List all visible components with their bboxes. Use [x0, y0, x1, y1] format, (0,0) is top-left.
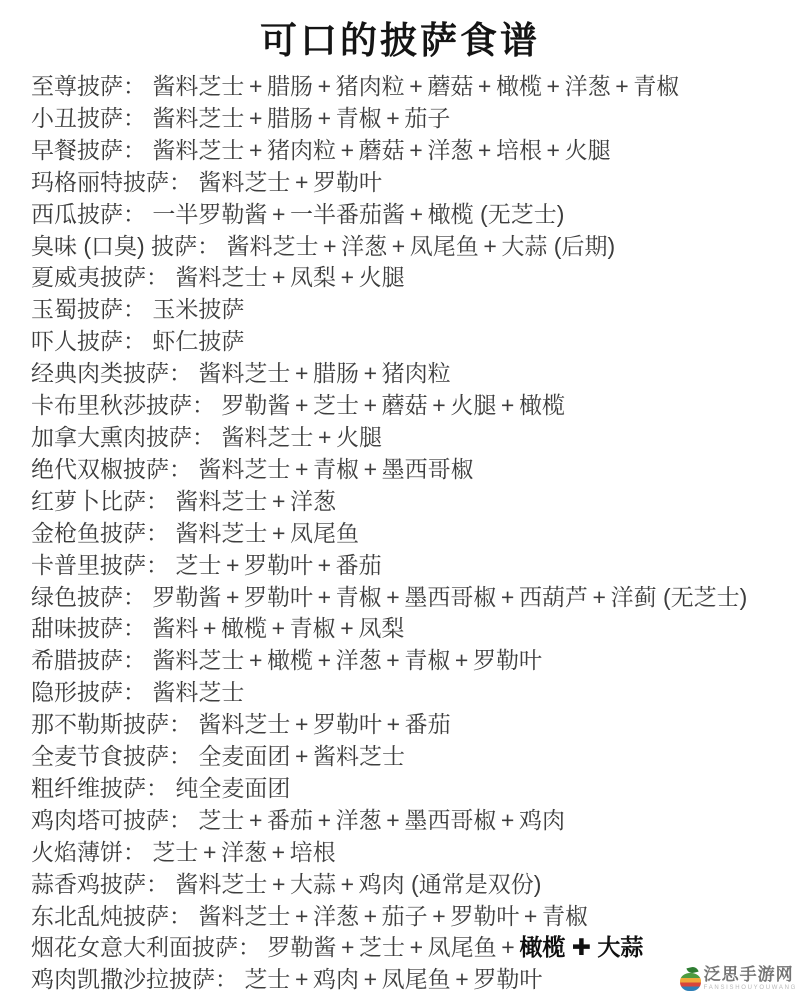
recipe-row: 蒜香鸡披萨： 酱料芝士 + 大蒜 + 鸡肉 (通常是双份): [31, 869, 786, 901]
recipe-colon: ：: [146, 552, 175, 578]
logo-stripes-icon: [680, 973, 701, 991]
recipe-ingredients: 一半罗勒酱 + 一半番茄酱 + 橄榄 (无芝士): [152, 201, 564, 227]
recipe-colon: ：: [169, 711, 198, 737]
recipe-name: 鸡肉塔可披萨: [31, 807, 169, 833]
recipe-name: 希腊披萨: [31, 647, 123, 673]
recipe-colon: ：: [123, 201, 152, 227]
recipe-name: 加拿大熏肉披萨: [31, 424, 192, 450]
recipe-name: 隐形披萨: [31, 679, 123, 705]
recipe-name: 卡普里披萨: [31, 552, 146, 578]
watermark-text-column: 泛思手游网 FANSISHOUYOUWANG: [704, 966, 797, 991]
recipe-ingredients: 酱料芝士 + 罗勒叶 + 番茄: [198, 711, 450, 737]
recipe-colon: ：: [192, 424, 221, 450]
recipe-colon: ：: [123, 137, 152, 163]
recipe-ingredients: 酱料芝士 + 凤尾鱼: [175, 520, 359, 546]
recipe-name: 至尊披萨: [31, 73, 123, 99]
recipe-row: 烟花女意大利面披萨： 罗勒酱 + 芝士 + 凤尾鱼 + 橄榄 ✚ 大蒜: [31, 932, 786, 964]
recipe-row: 甜味披萨： 酱料 + 橄榄 + 青椒 + 凤梨: [31, 613, 786, 645]
recipe-ingredients: 酱料芝士 + 猪肉粒 + 蘑菇 + 洋葱 + 培根 + 火腿: [152, 137, 610, 163]
fansi-apple-logo-icon: [680, 967, 701, 991]
recipe-ingredients: 酱料芝士 + 罗勒叶: [198, 169, 382, 195]
recipe-name: 玛格丽特披萨: [31, 169, 169, 195]
recipe-ingredients: 酱料芝士 + 腊肠 + 猪肉粒 + 蘑菇 + 橄榄 + 洋葱 + 青椒: [152, 73, 679, 99]
recipe-colon: ：: [123, 839, 152, 865]
recipe-row: 吓人披萨： 虾仁披萨: [31, 326, 786, 358]
recipe-row: 夏威夷披萨： 酱料芝士 + 凤梨 + 火腿: [31, 262, 786, 294]
recipe-name: 鸡肉凯撒沙拉披萨: [31, 966, 215, 992]
recipe-ingredients: 罗勒酱 + 芝士 + 凤尾鱼 +: [267, 934, 519, 960]
recipe-row: 加拿大熏肉披萨： 酱料芝士 + 火腿: [31, 422, 786, 454]
recipe-name: 绿色披萨: [31, 584, 123, 610]
recipe-name: 经典肉类披萨: [31, 360, 169, 386]
recipe-row: 绝代双椒披萨： 酱料芝士 + 青椒 + 墨西哥椒: [31, 454, 786, 486]
recipe-name: 臭味 (口臭) 披萨: [31, 233, 197, 259]
recipe-ingredients: 酱料 + 橄榄 + 青椒 + 凤梨: [152, 615, 404, 641]
watermark-site-name: 泛思手游网: [704, 966, 797, 983]
watermark-caption: FANSISHOUYOUWANG: [704, 985, 797, 991]
recipe-ingredients: 罗勒酱 + 罗勒叶 + 青椒 + 墨西哥椒 + 西葫芦 + 洋蓟 (无芝士): [152, 584, 747, 610]
recipe-list: 至尊披萨： 酱料芝士 + 腊肠 + 猪肉粒 + 蘑菇 + 橄榄 + 洋葱 + 青…: [0, 64, 800, 993]
recipe-ingredients: 酱料芝士 + 洋葱 + 茄子 + 罗勒叶 + 青椒: [198, 903, 588, 929]
recipe-ingredients: 酱料芝士 + 腊肠 + 青椒 + 茄子: [152, 105, 450, 131]
page-title: 可口的披萨食谱: [0, 0, 800, 64]
recipe-name: 甜味披萨: [31, 615, 123, 641]
recipe-colon: ：: [146, 775, 175, 801]
watermark: 泛思手游网 FANSISHOUYOUWANG: [680, 966, 797, 991]
recipe-colon: ：: [146, 488, 175, 514]
recipe-row: 金枪鱼披萨： 酱料芝士 + 凤尾鱼: [31, 518, 786, 550]
recipe-row: 鸡肉凯撒沙拉披萨： 芝士 + 鸡肉 + 凤尾鱼 + 罗勒叶: [31, 964, 786, 993]
page-root: 可口的披萨食谱 至尊披萨： 酱料芝士 + 腊肠 + 猪肉粒 + 蘑菇 + 橄榄 …: [0, 0, 800, 993]
recipe-row: 红萝卜比萨： 酱料芝士 + 洋葱: [31, 486, 786, 518]
recipe-ingredients-bold: 橄榄 ✚ 大蒜: [519, 934, 643, 960]
recipe-name: 卡布里秋莎披萨: [31, 392, 192, 418]
recipe-row: 玉蜀披萨： 玉米披萨: [31, 294, 786, 326]
recipe-row: 臭味 (口臭) 披萨： 酱料芝士 + 洋葱 + 凤尾鱼 + 大蒜 (后期): [31, 231, 786, 263]
recipe-colon: ：: [169, 743, 198, 769]
recipe-colon: ：: [169, 456, 198, 482]
recipe-row: 小丑披萨： 酱料芝士 + 腊肠 + 青椒 + 茄子: [31, 103, 786, 135]
recipe-name: 吓人披萨: [31, 328, 123, 354]
recipe-name: 绝代双椒披萨: [31, 456, 169, 482]
recipe-ingredients: 酱料芝士 + 橄榄 + 洋葱 + 青椒 + 罗勒叶: [152, 647, 542, 673]
recipe-ingredients: 酱料芝士 + 洋葱 + 凤尾鱼 + 大蒜 (后期): [227, 233, 616, 259]
recipe-colon: ：: [123, 105, 152, 131]
recipe-row: 火焰薄饼： 芝士 + 洋葱 + 培根: [31, 837, 786, 869]
recipe-colon: ：: [146, 520, 175, 546]
recipe-name: 东北乱炖披萨: [31, 903, 169, 929]
recipe-row: 玛格丽特披萨： 酱料芝士 + 罗勒叶: [31, 167, 786, 199]
recipe-colon: ：: [197, 233, 226, 259]
recipe-row: 绿色披萨： 罗勒酱 + 罗勒叶 + 青椒 + 墨西哥椒 + 西葫芦 + 洋蓟 (…: [31, 582, 786, 614]
recipe-name: 夏威夷披萨: [31, 264, 146, 290]
recipe-ingredients: 酱料芝士 + 青椒 + 墨西哥椒: [198, 456, 473, 482]
recipe-colon: ：: [238, 934, 267, 960]
recipe-name: 粗纤维披萨: [31, 775, 146, 801]
recipe-name: 小丑披萨: [31, 105, 123, 131]
recipe-colon: ：: [169, 169, 198, 195]
recipe-colon: ：: [215, 966, 244, 992]
recipe-row: 至尊披萨： 酱料芝士 + 腊肠 + 猪肉粒 + 蘑菇 + 橄榄 + 洋葱 + 青…: [31, 71, 786, 103]
recipe-name: 早餐披萨: [31, 137, 123, 163]
recipe-colon: ：: [123, 296, 152, 322]
recipe-name: 烟花女意大利面披萨: [31, 934, 238, 960]
recipe-name: 玉蜀披萨: [31, 296, 123, 322]
recipe-ingredients: 芝士 + 洋葱 + 培根: [152, 839, 335, 865]
recipe-name: 火焰薄饼: [31, 839, 123, 865]
recipe-name: 西瓜披萨: [31, 201, 123, 227]
recipe-row: 东北乱炖披萨： 酱料芝士 + 洋葱 + 茄子 + 罗勒叶 + 青椒: [31, 901, 786, 933]
recipe-name: 蒜香鸡披萨: [31, 871, 146, 897]
recipe-name: 全麦节食披萨: [31, 743, 169, 769]
recipe-ingredients: 芝士 + 鸡肉 + 凤尾鱼 + 罗勒叶: [244, 966, 542, 992]
recipe-colon: ：: [169, 807, 198, 833]
recipe-ingredients: 芝士 + 罗勒叶 + 番茄: [175, 552, 381, 578]
recipe-colon: ：: [169, 903, 198, 929]
recipe-colon: ：: [123, 647, 152, 673]
recipe-row: 希腊披萨： 酱料芝士 + 橄榄 + 洋葱 + 青椒 + 罗勒叶: [31, 645, 786, 677]
recipe-ingredients: 酱料芝士 + 凤梨 + 火腿: [175, 264, 404, 290]
recipe-ingredients: 玉米披萨: [152, 296, 244, 322]
recipe-colon: ：: [169, 360, 198, 386]
recipe-row: 西瓜披萨： 一半罗勒酱 + 一半番茄酱 + 橄榄 (无芝士): [31, 199, 786, 231]
recipe-colon: ：: [123, 328, 152, 354]
recipe-ingredients: 酱料芝士 + 火腿: [221, 424, 382, 450]
recipe-ingredients: 酱料芝士 + 洋葱: [175, 488, 336, 514]
recipe-ingredients: 芝士 + 番茄 + 洋葱 + 墨西哥椒 + 鸡肉: [198, 807, 565, 833]
recipe-colon: ：: [123, 679, 152, 705]
recipe-row: 粗纤维披萨： 纯全麦面团: [31, 773, 786, 805]
recipe-colon: ：: [146, 264, 175, 290]
recipe-ingredients: 酱料芝士 + 腊肠 + 猪肉粒: [198, 360, 450, 386]
recipe-row: 隐形披萨： 酱料芝士: [31, 677, 786, 709]
recipe-ingredients: 全麦面团 + 酱料芝士: [198, 743, 405, 769]
recipe-name: 那不勒斯披萨: [31, 711, 169, 737]
recipe-name: 红萝卜比萨: [31, 488, 146, 514]
recipe-colon: ：: [123, 73, 152, 99]
recipe-ingredients: 纯全麦面团: [175, 775, 290, 801]
recipe-row: 经典肉类披萨： 酱料芝士 + 腊肠 + 猪肉粒: [31, 358, 786, 390]
recipe-ingredients: 虾仁披萨: [152, 328, 244, 354]
recipe-ingredients: 酱料芝士 + 大蒜 + 鸡肉 (通常是双份): [175, 871, 541, 897]
recipe-name: 金枪鱼披萨: [31, 520, 146, 546]
recipe-row: 鸡肉塔可披萨： 芝士 + 番茄 + 洋葱 + 墨西哥椒 + 鸡肉: [31, 805, 786, 837]
recipe-row: 卡普里披萨： 芝士 + 罗勒叶 + 番茄: [31, 550, 786, 582]
recipe-ingredients: 罗勒酱 + 芝士 + 蘑菇 + 火腿 + 橄榄: [221, 392, 565, 418]
recipe-row: 全麦节食披萨： 全麦面团 + 酱料芝士: [31, 741, 786, 773]
recipe-row: 卡布里秋莎披萨： 罗勒酱 + 芝士 + 蘑菇 + 火腿 + 橄榄: [31, 390, 786, 422]
recipe-colon: ：: [146, 871, 175, 897]
recipe-colon: ：: [123, 584, 152, 610]
recipe-colon: ：: [192, 392, 221, 418]
recipe-row: 早餐披萨： 酱料芝士 + 猪肉粒 + 蘑菇 + 洋葱 + 培根 + 火腿: [31, 135, 786, 167]
recipe-row: 那不勒斯披萨： 酱料芝士 + 罗勒叶 + 番茄: [31, 709, 786, 741]
recipe-ingredients: 酱料芝士: [152, 679, 244, 705]
recipe-colon: ：: [123, 615, 152, 641]
